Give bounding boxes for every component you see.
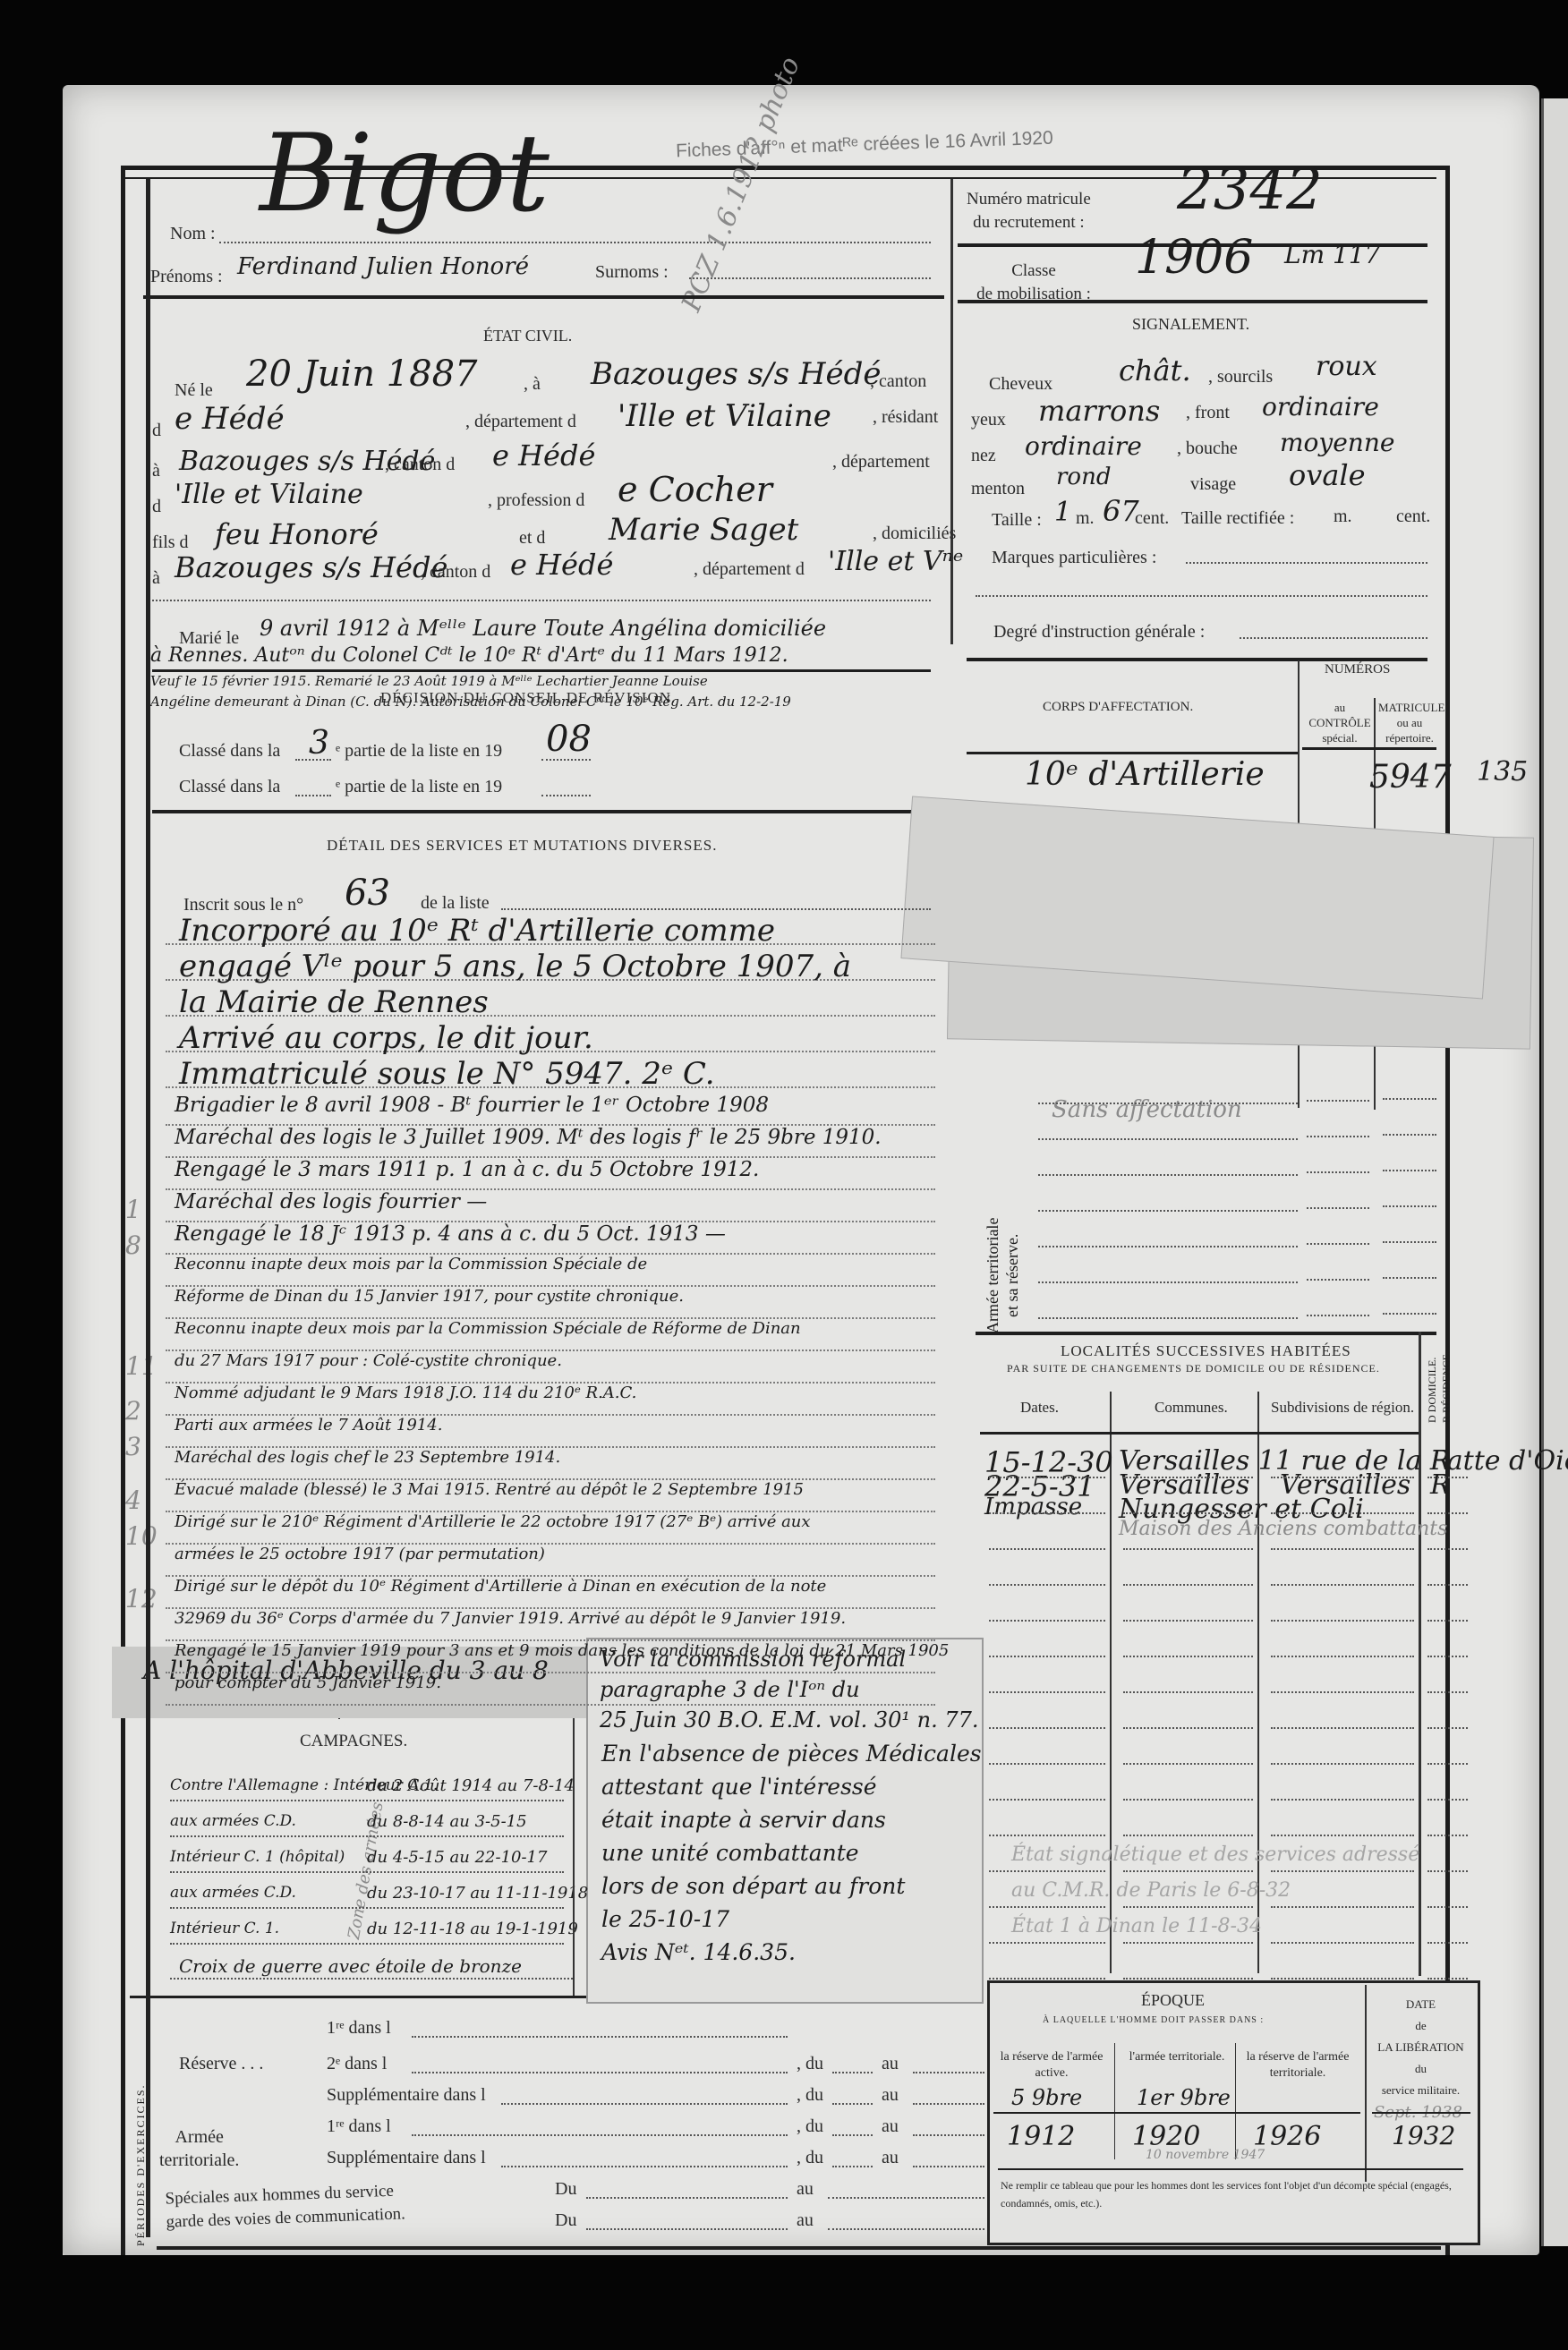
decoration: Croix de guerre avec étoile de bronze: [179, 1955, 522, 1977]
service-entry: engagé Vˡᵉ pour 5 ans, le 5 Octobre 1907…: [179, 949, 851, 984]
service-entry: pour compter du 5 Janvier 1919.: [175, 1673, 441, 1692]
epoque-subtitle: À LAQUELLE L'HOMME DOIT PASSER DANS :: [1043, 2015, 1264, 2025]
note-line: En l'absence de pièces Médicales: [601, 1741, 982, 1767]
campagne-period: du 23-10-17 au 11-11-1918: [367, 1884, 588, 1903]
parents-canton: e Hédé: [510, 548, 613, 582]
epoque-footnote: Ne remplir ce tableau que pour les homme…: [1001, 2176, 1466, 2212]
campagnes-title: CAMPAGNES.: [300, 1732, 407, 1751]
territoriale-value: Sans affectation: [1052, 1096, 1242, 1123]
service-entry: la Mairie de Rennes: [179, 984, 489, 1020]
campagne-period: du 12-11-18 au 19-1-1919: [367, 1920, 578, 1938]
service-entry: Maréchal des logis chef le 23 Septembre …: [175, 1448, 560, 1467]
classe-dans-label: Classé dans la: [179, 777, 280, 797]
signalement-title: SIGNALEMENT.: [1132, 315, 1249, 334]
birth-place: Bazouges s/s Hédé: [591, 356, 882, 392]
etat-civil-title: ÉTAT CIVIL.: [483, 327, 572, 345]
birth-date: 20 Juin 1887: [246, 353, 477, 395]
marriage-line-1: 9 avril 1912 à Mᵉˡˡᵉ Laure Toute Angélin…: [260, 616, 826, 641]
note-line: lors de son départ au front: [601, 1873, 905, 1899]
marriage-line-3: Veuf le 15 février 1915. Remarié le 23 A…: [150, 673, 708, 689]
conseil-title: DÉCISION DU CONSEIL DE RÉVISION.: [380, 689, 676, 707]
margin-number: 8: [125, 1230, 141, 1260]
service-entry: Rengagé le 18 Jᶜ 1913 p. 4 ans à c. du 5…: [175, 1222, 726, 1246]
corps-header: CORPS D'AFFECTATION.: [1043, 700, 1193, 715]
cheveux-value: chât.: [1119, 353, 1191, 387]
speciales-du-label: Du: [555, 2179, 576, 2200]
matricule-value: 2342: [1177, 157, 1323, 223]
localite-faded-note: au C.M.R. de Paris le 6-8-32: [1011, 1879, 1291, 1902]
service-entry: Rengagé le 3 mars 1911 p. 1 an à c. du 5…: [175, 1158, 759, 1181]
surnoms-label: Surnoms :: [595, 262, 669, 283]
residence-canton: e Hédé: [492, 438, 595, 473]
epoque-year-value: 1926: [1253, 2121, 1321, 2152]
campagne-period: du 4-5-15 au 22-10-17: [367, 1848, 547, 1867]
margin-number: 10: [125, 1521, 158, 1551]
speciales-du-label: Du: [555, 2210, 576, 2231]
note-reference-line: 25 Juin 30 B.O. E.M. vol. 30¹ n. 77.: [600, 1707, 979, 1733]
epoque-column-header: l'armée territoriale.: [1119, 2049, 1235, 2065]
corps-value: 10ᵉ d'Artillerie: [1025, 756, 1265, 793]
birth-canton: e Hédé: [175, 401, 285, 437]
service-entry: Dirigé sur le 210ᵉ Régiment d'Artillerie…: [175, 1512, 811, 1531]
note-line: Avis Nᵉᵗ. 14.6.35.: [601, 1939, 796, 1965]
localites-title: LOCALITÉS SUCCESSIVES HABITÉES: [1061, 1342, 1351, 1360]
marriage-line-2: à Rennes. Autᵒⁿ du Colonel Cᵈᵗ le 10ᵉ Rᵗ…: [150, 644, 788, 667]
nez-value: ordinaire: [1025, 431, 1142, 461]
margin-number: 1: [125, 1195, 141, 1224]
reserve-row-label: 1ʳᵉ dans l: [327, 2018, 391, 2039]
service-entry: Réforme de Dinan du 15 Janvier 1917, pou…: [175, 1287, 684, 1306]
taille-m-value: 1: [1054, 497, 1071, 528]
campagne-label: Intérieur C. 1 (hôpital): [170, 1848, 345, 1866]
nom-label: Nom :: [170, 224, 216, 244]
epoque-year-value: 1912: [1007, 2121, 1075, 2152]
margin-number: 12: [125, 1584, 158, 1613]
margin-number: 4: [125, 1486, 141, 1515]
service-entry: Maréchal des logis le 3 Juillet 1909. Mᵗ…: [175, 1126, 882, 1149]
service-entry: Évacué malade (blessé) le 3 Mai 1915. Re…: [175, 1480, 804, 1499]
margin-number: 11: [125, 1351, 158, 1381]
localites-column-header: Subdivisions de région.: [1271, 1399, 1414, 1417]
partie-liste-label: ᵉ partie de la liste en 19: [336, 741, 502, 762]
partie-value: 3: [309, 725, 329, 762]
classe-dans-label: Classé dans la: [179, 741, 280, 762]
adjacent-page: [1541, 98, 1568, 2246]
inscrit-value: 63: [345, 873, 390, 914]
service-entry: 32969 du 36ᵉ Corps d'armée du 7 Janvier …: [175, 1609, 846, 1628]
service-entry: Nommé adjudant le 9 Mars 1918 J.O. 114 d…: [175, 1384, 636, 1402]
localite-commune: Maison des Anciens combattants: [1119, 1518, 1447, 1540]
localite-faded-note: État 1 à Dinan le 11-8-34: [1011, 1915, 1262, 1937]
territoriale-row-label: Supplémentaire dans l: [327, 2148, 486, 2168]
front-value: ordinaire: [1262, 392, 1379, 421]
prenoms-value: Ferdinand Julien Honoré: [237, 253, 529, 280]
note-line: était inapte à servir dans: [601, 1807, 886, 1833]
service-entry: Brigadier le 8 avril 1908 - Bᵗ fourrier …: [175, 1094, 769, 1117]
father-name: feu Honoré: [215, 517, 379, 551]
service-entry: Arrivé au corps, le dit jour.: [179, 1020, 593, 1056]
service-entry: Incorporé au 10ᵉ Rᵗ d'Artillerie comme: [179, 913, 775, 949]
margin-number: 2: [125, 1396, 141, 1426]
service-entry: Reconnu inapte deux mois par la Commissi…: [175, 1255, 647, 1273]
service-entry: Parti aux armées le 7 Août 1914.: [175, 1416, 442, 1435]
domicile-residence-header: D DOMICILE. R RÉSIDENCE.: [1425, 1351, 1453, 1423]
liste-year-value: 08: [546, 719, 592, 760]
reserve-row-label: 2ᵉ dans l: [327, 2054, 387, 2074]
epoque-year-value: 1920: [1132, 2121, 1200, 2152]
sourcils-value: roux: [1316, 351, 1377, 382]
residence-departement: 'Ille et Vilaine: [175, 479, 363, 510]
localites-column-header: Dates.: [1020, 1399, 1059, 1417]
liberation-value: 1932: [1392, 2121, 1455, 2150]
classe-value: 1906: [1135, 231, 1253, 285]
note-line: une unité combattante: [601, 1840, 859, 1866]
campagne-period: du 8-8-14 au 3-5-15: [367, 1812, 527, 1831]
note-reference-line: paragraphe 3 de l'Iᵒⁿ du: [600, 1677, 860, 1702]
visage-value: ovale: [1289, 458, 1366, 492]
menton-value: rond: [1056, 464, 1111, 490]
campagne-label: aux armées C.D.: [170, 1812, 296, 1830]
service-entry: du 27 Mars 1917 pour : Colé-cystite chro…: [175, 1351, 562, 1370]
note-line: attestant que l'intéressé: [601, 1774, 877, 1800]
localites-subtitle: PAR SUITE DE CHANGEMENTS DE DOMICILE OU …: [1007, 1362, 1380, 1375]
service-entry: Dirigé sur le dépôt du 10ᵉ Régiment d'Ar…: [175, 1577, 826, 1596]
epoque-month-value: 5 9bre: [1011, 2085, 1082, 2110]
classe-extra: Lm 117: [1284, 240, 1381, 269]
parents-residence: Bazouges s/s Hédé: [175, 550, 447, 584]
localites-column-header: Communes.: [1155, 1399, 1228, 1417]
numeros-header: NUMÉROS: [1325, 662, 1390, 677]
localite-faded-note: État signalétique et des services adress…: [1011, 1843, 1419, 1866]
birth-departement: 'Ille et Vilaine: [618, 398, 831, 434]
campagne-label: aux armées C.D.: [170, 1884, 296, 1902]
margin-number: 3: [125, 1432, 141, 1461]
note-line: le 25-10-17: [601, 1906, 729, 1932]
bouche-value: moyenne: [1280, 428, 1394, 457]
localite-domicile-residence: R: [1430, 1469, 1451, 1501]
services-title: DÉTAIL DES SERVICES ET MUTATIONS DIVERSE…: [327, 837, 717, 855]
prenoms-label: Prénoms :: [150, 267, 223, 287]
taille-cent-value: 67: [1103, 494, 1139, 528]
territoriale-label: Armée territoriale et sa réserve.: [983, 1218, 1022, 1333]
epoque-column-header: la réserve de l'armée territoriale.: [1240, 2049, 1356, 2082]
yeux-value: marrons: [1038, 394, 1160, 428]
territoriale-row-label: 1ʳᵉ dans l: [327, 2116, 391, 2137]
campagne-period: du 2 Août 1914 au 7-8-14: [367, 1776, 575, 1795]
service-entry: Maréchal des logis fourrier —: [175, 1190, 487, 1213]
campagne-label: Intérieur C. 1.: [170, 1920, 279, 1937]
service-entry: armées le 25 octobre 1917 (par permutati…: [175, 1545, 545, 1563]
speciales-label: Spéciales aux hommes du service garde de…: [165, 2179, 405, 2234]
partie-liste-label: ᵉ partie de la liste en 19: [336, 777, 502, 797]
epoque-title: ÉPOQUE: [1141, 1991, 1205, 2010]
profession: e Cocher: [618, 470, 772, 509]
note-reference-line: Voir la commission réformal: [600, 1647, 906, 1672]
mother-name: Marie Saget: [609, 512, 798, 548]
affectation-extra: 135: [1477, 756, 1528, 788]
parents-departement: 'Ille et Vⁿᵉ: [828, 546, 963, 577]
epoque-month-value: 1er 9bre: [1137, 2085, 1231, 2110]
matricule-label: Numéro matricule du recrutement :: [967, 188, 1091, 234]
reserve-row-label: Supplémentaire dans l: [327, 2085, 486, 2106]
epoque-column-header: la réserve de l'armée active.: [993, 2049, 1110, 2082]
service-entry: Immatriculé sous le N° 5947. 2ᵉ C.: [179, 1056, 715, 1092]
service-entry: Reconnu inapte deux mois par la Commissi…: [175, 1319, 801, 1338]
affectation-matricule: 5947: [1369, 759, 1452, 796]
localite-date: Impasse: [984, 1494, 1082, 1520]
